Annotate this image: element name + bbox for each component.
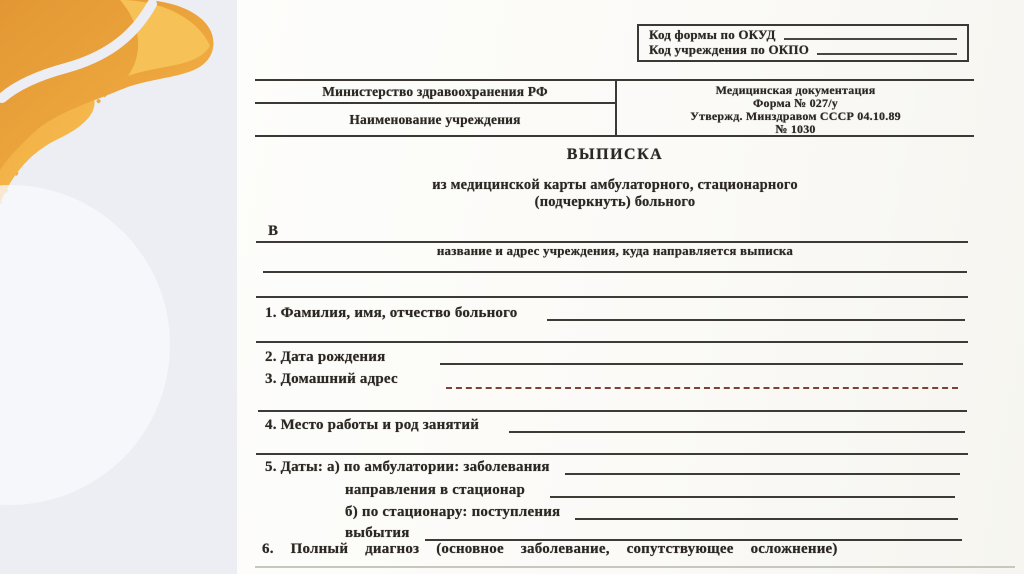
field-blank-line — [509, 423, 965, 433]
presentation-slide: Код формы по ОКУД Код учреждения по ОКПО… — [0, 0, 1024, 574]
field-label-dates-outpatient: 5. Даты: а) по амбулатории: заболевания — [265, 459, 550, 478]
blank-line — [258, 410, 967, 412]
field-row-dates-outpatient: 5. Даты: а) по амбулатории: заболевания — [265, 459, 960, 478]
field-blank-line — [550, 488, 955, 498]
code-box: Код формы по ОКУД Код учреждения по ОКПО — [637, 24, 969, 62]
blank-line — [256, 453, 968, 455]
okpo-blank-line — [817, 43, 957, 55]
field-blank-line — [547, 311, 965, 321]
faint-bottom-line — [255, 566, 1015, 568]
ministry-label: Министерство здравоохранения РФ — [255, 81, 615, 104]
field-blank-line — [425, 531, 962, 541]
okud-label: Код формы по ОКУД — [649, 28, 776, 42]
blank-line — [256, 296, 968, 298]
field-dashed-line — [446, 379, 958, 389]
field-blank-line — [575, 510, 958, 520]
form-subtitle-line2: (подчеркнуть) больного — [262, 194, 968, 211]
blank-line — [263, 271, 967, 273]
field-label-name: 1. Фамилия, имя, отчество больного — [265, 305, 517, 324]
field-row-workplace: 4. Место работы и род занятий — [265, 417, 965, 436]
field-label-diagnosis: 6. Полный диагноз (основное заболевание,… — [262, 541, 970, 558]
okud-code-row: Код формы по ОКУД — [649, 28, 959, 42]
field-blank-line — [565, 465, 960, 475]
field-row-referral: направления в стационар — [345, 482, 955, 501]
form-title: ВЫПИСКА — [262, 146, 968, 164]
field-blank-line — [440, 355, 963, 365]
background-circle-decoration — [0, 185, 170, 505]
institution-caption: Наименование учреждения — [255, 104, 615, 135]
header-right-cell: Медицинская документация Форма № 027/у У… — [617, 81, 974, 135]
okpo-label: Код учреждения по ОКПО — [649, 43, 809, 57]
field-label-birthdate: 2. Дата рождения — [265, 349, 385, 368]
field-row-birthdate: 2. Дата рождения — [265, 349, 963, 368]
blank-line — [256, 341, 968, 343]
destination-caption: название и адрес учреждения, куда направ… — [262, 243, 968, 259]
field-row-address: 3. Домашний адрес — [265, 371, 958, 390]
field-row-admission: б) по стационару: поступления — [345, 504, 958, 523]
destination-prefix: В — [268, 223, 278, 240]
okpo-code-row: Код учреждения по ОКПО — [649, 43, 959, 57]
field-label-admission: б) по стационару: поступления — [345, 504, 560, 523]
field-label-address: 3. Домашний адрес — [265, 371, 398, 390]
field-row-name: 1. Фамилия, имя, отчество больного — [265, 305, 965, 324]
header-left-cell: Министерство здравоохранения РФ Наименов… — [255, 81, 617, 135]
form-subtitle-line1: из медицинской карты амбулаторного, стац… — [262, 177, 968, 194]
okud-blank-line — [784, 28, 957, 40]
field-label-workplace: 4. Место работы и род занятий — [265, 417, 479, 436]
doc-line-4: № 1030 — [617, 123, 974, 136]
header-table: Министерство здравоохранения РФ Наименов… — [255, 79, 974, 137]
field-label-referral: направления в стационар — [345, 482, 525, 501]
